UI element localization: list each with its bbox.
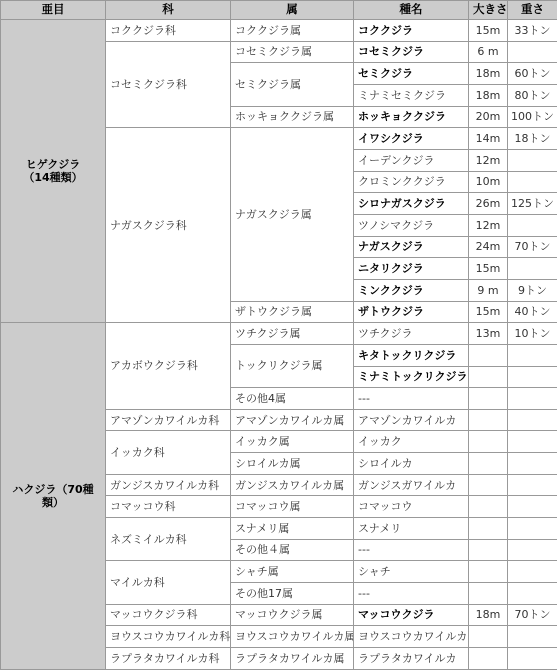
family-cell: アマゾンカワイルカ科 [106, 409, 231, 431]
species-cell: マッコウクジラ [354, 604, 469, 626]
size-cell: 14m [469, 128, 508, 150]
family-cell: コマッコウ科 [106, 496, 231, 518]
family-cell: コククジラ科 [106, 20, 231, 42]
genus-cell: シロイルカ属 [231, 453, 354, 475]
weight-cell [508, 561, 557, 583]
species-cell: ホッキョククジラ [354, 106, 469, 128]
family-cell: ナガスクジラ科 [106, 128, 231, 323]
species-cell: ナガスクジラ [354, 236, 469, 258]
size-cell: 13m [469, 323, 508, 345]
size-cell [469, 366, 508, 388]
family-cell: マッコウクジラ科 [106, 604, 231, 626]
table-row: ハクジラ（70種類）アカボウクジラ科ツチクジラ属ツチクジラ13m10トン [1, 323, 557, 345]
size-cell: 18m [469, 84, 508, 106]
genus-cell: ナガスクジラ属 [231, 128, 354, 301]
family-cell: アカボウクジラ科 [106, 323, 231, 410]
weight-cell [508, 149, 557, 171]
size-cell: 10m [469, 171, 508, 193]
species-cell: イッカク [354, 431, 469, 453]
weight-cell [508, 431, 557, 453]
size-cell: 15m [469, 301, 508, 323]
genus-cell: アマゾンカワイルカ属 [231, 409, 354, 431]
weight-cell [508, 41, 557, 63]
header-row: 亜目 科 属 種名 大きさ 重さ [1, 1, 557, 20]
species-cell: クロミンククジラ [354, 171, 469, 193]
genus-cell: イッカク属 [231, 431, 354, 453]
weight-cell [508, 583, 557, 605]
weight-cell [508, 496, 557, 518]
header-size: 大きさ [469, 1, 508, 20]
species-cell: イワシクジラ [354, 128, 469, 150]
weight-cell: 80トン [508, 84, 557, 106]
genus-cell: セミクジラ属 [231, 63, 354, 106]
size-cell: 12m [469, 149, 508, 171]
size-cell: 15m [469, 258, 508, 280]
species-cell: --- [354, 388, 469, 410]
family-cell: ヨウスコウカワイルカ科 [106, 626, 231, 648]
genus-cell: コセミクジラ属 [231, 41, 354, 63]
genus-cell: ザトウクジラ属 [231, 301, 354, 323]
genus-cell: ツチクジラ属 [231, 323, 354, 345]
species-cell: シロイルカ [354, 453, 469, 475]
weight-cell [508, 171, 557, 193]
family-cell: ネズミイルカ科 [106, 518, 231, 561]
weight-cell: 70トン [508, 604, 557, 626]
weight-cell: 70トン [508, 236, 557, 258]
size-cell [469, 431, 508, 453]
header-genus: 属 [231, 1, 354, 20]
family-cell: マイルカ科 [106, 561, 231, 604]
suborder-cell: ヒゲクジラ（14種類） [1, 20, 106, 323]
species-cell: ツノシマクジラ [354, 214, 469, 236]
species-cell: アマゾンカワイルカ [354, 409, 469, 431]
weight-cell [508, 453, 557, 475]
size-cell [469, 474, 508, 496]
species-cell: コマッコウ [354, 496, 469, 518]
species-cell: シロナガスクジラ [354, 193, 469, 215]
weight-cell: 9トン [508, 279, 557, 301]
genus-cell: シャチ属 [231, 561, 354, 583]
species-cell: ニタリクジラ [354, 258, 469, 280]
size-cell [469, 583, 508, 605]
species-cell: ミンククジラ [354, 279, 469, 301]
genus-cell: コククジラ属 [231, 20, 354, 42]
species-cell: キタトックリクジラ [354, 344, 469, 366]
species-cell: ミナミセミクジラ [354, 84, 469, 106]
weight-cell [508, 214, 557, 236]
weight-cell: 18トン [508, 128, 557, 150]
genus-cell: ヨウスコウカワイルカ属 [231, 626, 354, 648]
size-cell: 26m [469, 193, 508, 215]
size-cell: 18m [469, 604, 508, 626]
size-cell [469, 496, 508, 518]
whale-classification-table: 亜目 科 属 種名 大きさ 重さ ヒゲクジラ（14種類）コククジラ科コククジラ属… [0, 0, 557, 670]
species-cell: セミクジラ [354, 63, 469, 85]
species-cell: イーデンクジラ [354, 149, 469, 171]
species-cell: ザトウクジラ [354, 301, 469, 323]
size-cell: 15m [469, 20, 508, 42]
size-cell [469, 561, 508, 583]
genus-cell: その他4属 [231, 388, 354, 410]
header-species: 種名 [354, 1, 469, 20]
weight-cell: 125トン [508, 193, 557, 215]
genus-cell: ラプラタカワイルカ属 [231, 648, 354, 670]
weight-cell [508, 388, 557, 410]
species-cell: シャチ [354, 561, 469, 583]
weight-cell [508, 648, 557, 670]
species-cell: ヨウスコウカワイルカ [354, 626, 469, 648]
genus-cell: ホッキョククジラ属 [231, 106, 354, 128]
suborder-cell: ハクジラ（70種類） [1, 323, 106, 670]
size-cell: 18m [469, 63, 508, 85]
genus-cell: トックリクジラ属 [231, 344, 354, 387]
size-cell: 12m [469, 214, 508, 236]
species-cell: コククジラ [354, 20, 469, 42]
size-cell [469, 539, 508, 561]
size-cell [469, 453, 508, 475]
table-body: ヒゲクジラ（14種類）コククジラ科コククジラ属コククジラ15m33トンコセミクジ… [1, 20, 557, 670]
size-cell: 20m [469, 106, 508, 128]
weight-cell [508, 366, 557, 388]
size-cell [469, 388, 508, 410]
genus-cell: その他17属 [231, 583, 354, 605]
size-cell [469, 344, 508, 366]
weight-cell [508, 344, 557, 366]
genus-cell: その他４属 [231, 539, 354, 561]
size-cell [469, 648, 508, 670]
size-cell: 9 m [469, 279, 508, 301]
header-weight: 重さ [508, 1, 557, 20]
genus-cell: マッコウクジラ属 [231, 604, 354, 626]
weight-cell [508, 474, 557, 496]
family-cell: イッカク科 [106, 431, 231, 474]
genus-cell: ガンジスカワイルカ属 [231, 474, 354, 496]
weight-cell [508, 258, 557, 280]
species-cell: --- [354, 583, 469, 605]
species-cell: コセミクジラ [354, 41, 469, 63]
size-cell [469, 518, 508, 540]
weight-cell [508, 539, 557, 561]
header-family: 科 [106, 1, 231, 20]
species-cell: スナメリ [354, 518, 469, 540]
weight-cell [508, 626, 557, 648]
family-cell: ラプラタカワイルカ科 [106, 648, 231, 670]
family-cell: コセミクジラ科 [106, 41, 231, 128]
table-row: ヒゲクジラ（14種類）コククジラ科コククジラ属コククジラ15m33トン [1, 20, 557, 42]
weight-cell: 100トン [508, 106, 557, 128]
family-cell: ガンジスカワイルカ科 [106, 474, 231, 496]
weight-cell: 60トン [508, 63, 557, 85]
species-cell: ガンジスガワイルカ [354, 474, 469, 496]
genus-cell: スナメリ属 [231, 518, 354, 540]
species-cell: ツチクジラ [354, 323, 469, 345]
weight-cell: 10トン [508, 323, 557, 345]
species-cell: ミナミトックリクジラ [354, 366, 469, 388]
weight-cell [508, 518, 557, 540]
size-cell: 6 m [469, 41, 508, 63]
size-cell [469, 409, 508, 431]
size-cell: 24m [469, 236, 508, 258]
weight-cell: 40トン [508, 301, 557, 323]
genus-cell: コマッコウ属 [231, 496, 354, 518]
species-cell: ラプラタカワイルカ [354, 648, 469, 670]
species-cell: --- [354, 539, 469, 561]
weight-cell [508, 409, 557, 431]
header-suborder: 亜目 [1, 1, 106, 20]
weight-cell: 33トン [508, 20, 557, 42]
size-cell [469, 626, 508, 648]
